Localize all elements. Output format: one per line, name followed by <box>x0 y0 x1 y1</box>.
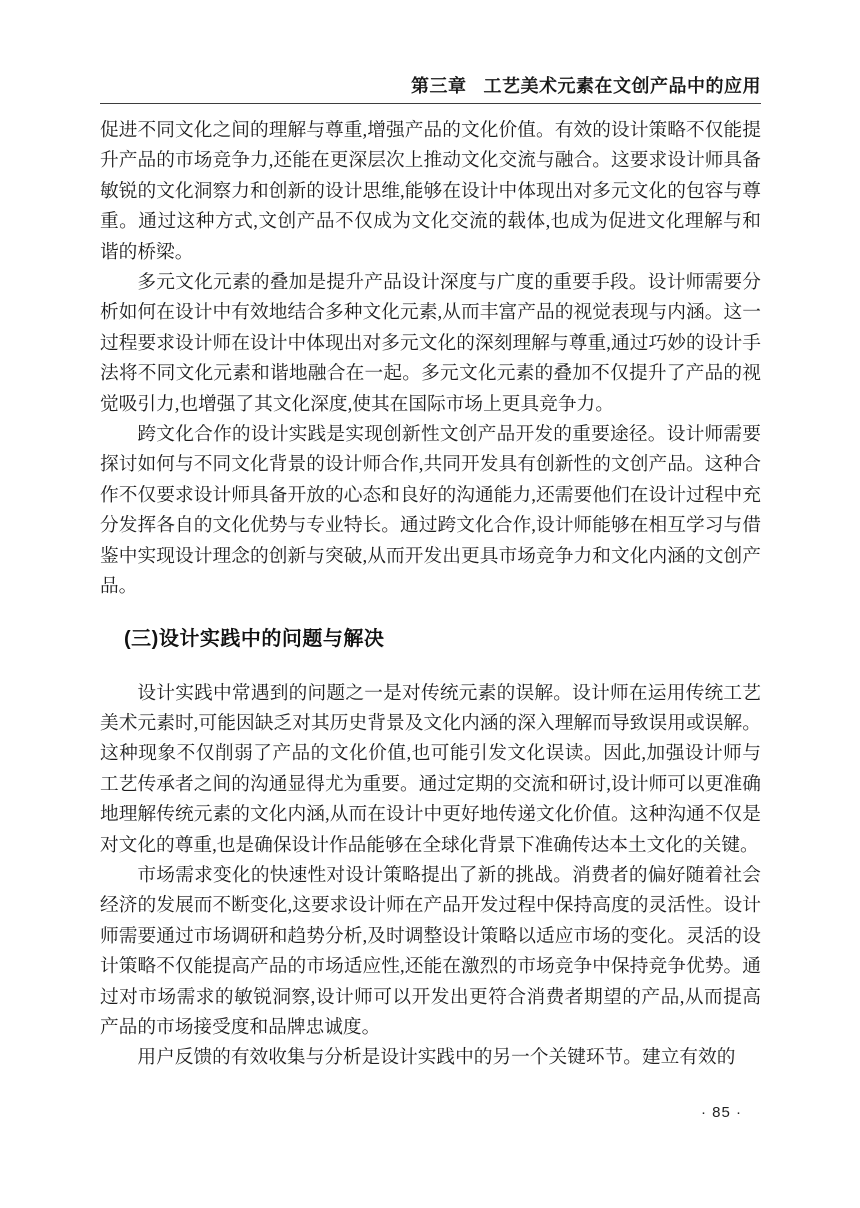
paragraph-market-change: 市场需求变化的快速性对设计策略提出了新的挑战。消费者的偏好随着社会经济的发展而不… <box>100 861 761 1043</box>
paragraph-user-feedback: 用户反馈的有效收集与分析是设计实践中的另一个关键环节。建立有效的 <box>100 1043 761 1073</box>
chapter-label: 第三章 <box>411 76 467 96</box>
chapter-title: 工艺美术元素在文创产品中的应用 <box>484 76 762 96</box>
document-page: 第三章工艺美术元素在文创产品中的应用 促进不同文化之间的理解与尊重,增强产品的文… <box>0 0 860 1208</box>
page-body: 促进不同文化之间的理解与尊重,增强产品的文化价值。有效的设计策略不仅能提升产品的… <box>100 116 761 1074</box>
page-number: · 85 · <box>701 1104 742 1121</box>
paragraph-continuation: 促进不同文化之间的理解与尊重,增强产品的文化价值。有效的设计策略不仅能提升产品的… <box>100 116 761 268</box>
paragraph-crosscultural: 跨文化合作的设计实践是实现创新性文创产品开发的重要途径。设计师需要探讨如何与不同… <box>100 420 761 602</box>
running-head: 第三章工艺美术元素在文创产品中的应用 <box>100 76 761 104</box>
section-heading: (三)设计实践中的问题与解决 <box>100 624 761 654</box>
paragraph-multiculture: 多元文化元素的叠加是提升产品设计深度与广度的重要手段。设计师需要分析如何在设计中… <box>100 268 761 420</box>
paragraph-misunderstanding: 设计实践中常遇到的问题之一是对传统元素的误解。设计师在运用传统工艺美术元素时,可… <box>100 679 761 861</box>
